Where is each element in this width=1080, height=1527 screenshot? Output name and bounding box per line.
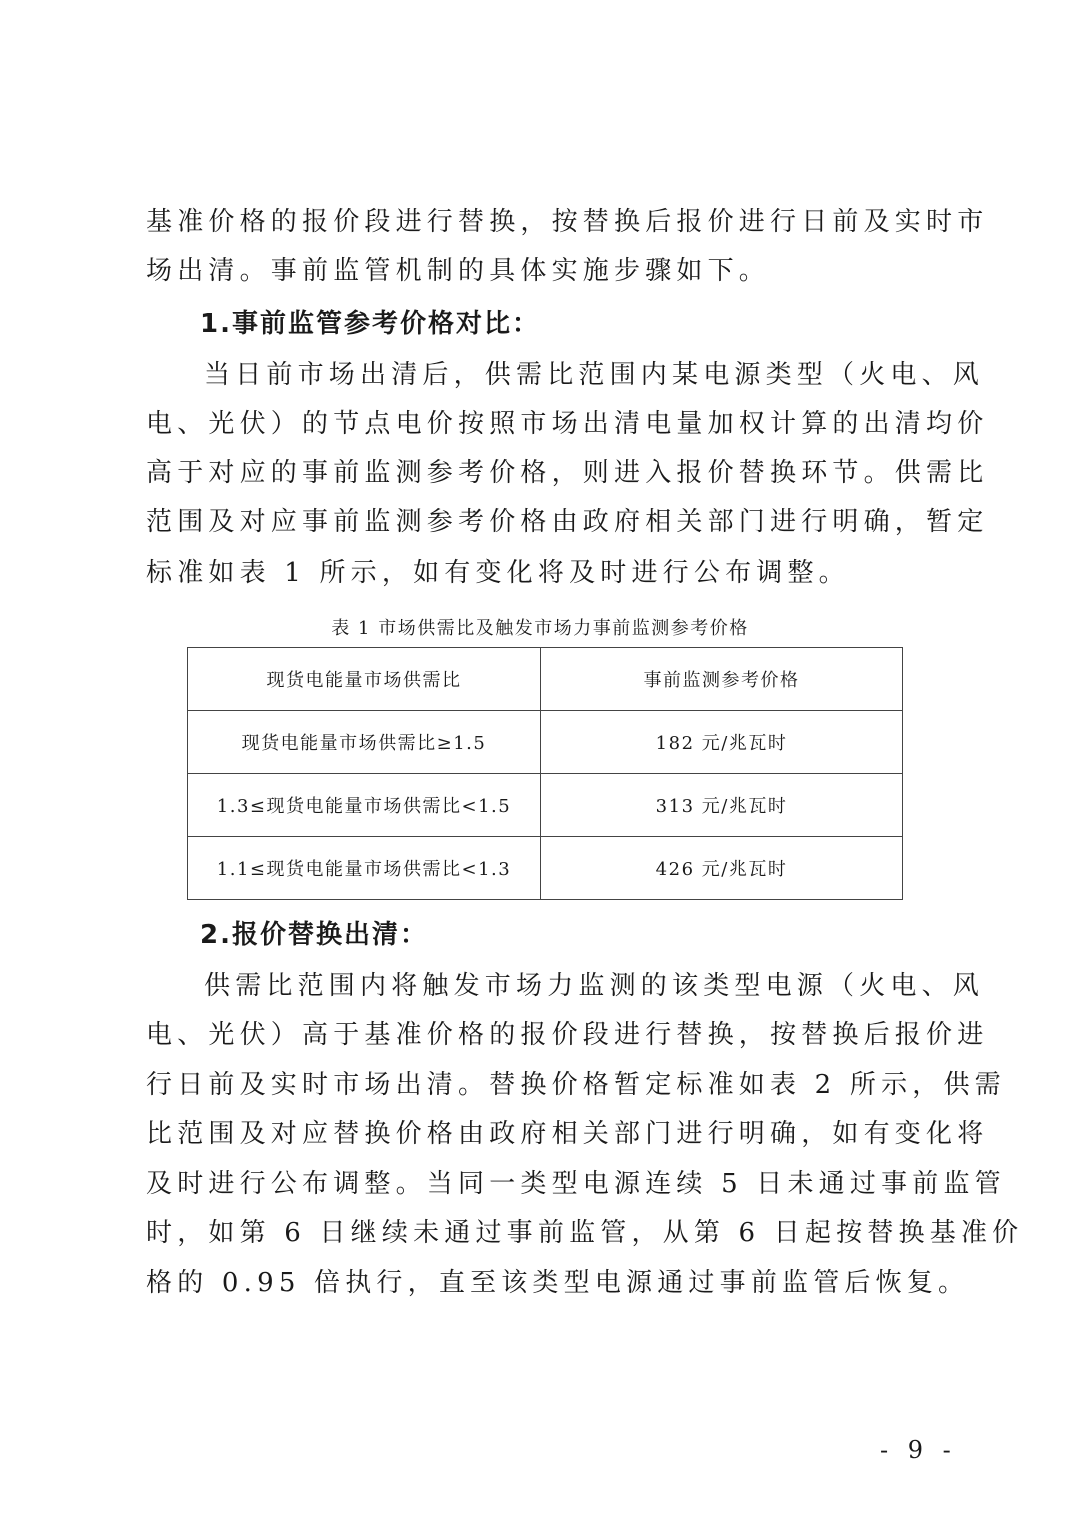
table-header-row: 现货电能量市场供需比 事前监测参考价格 <box>188 648 903 711</box>
section-heading-2: 2.报价替换出清： <box>200 918 428 952</box>
body-text-line: 电、光伏）高于基准价格的报价段进行替换，按替换后报价进 <box>146 1018 946 1052</box>
table-header-cell: 事前监测参考价格 <box>541 648 903 711</box>
table-header-cell: 现货电能量市场供需比 <box>188 648 541 711</box>
table-cell-price: 182 元/兆瓦时 <box>541 711 903 774</box>
table-cell-ratio: 1.1≤现货电能量市场供需比<1.3 <box>188 837 541 900</box>
document-page: 基准价格的报价段进行替换，按替换后报价进行日前及实时市 场出清。事前监管机制的具… <box>0 0 1080 1527</box>
body-text-line: 范围及对应事前监测参考价格由政府相关部门进行明确，暂定 <box>146 505 946 539</box>
page-number: - 9 - <box>880 1436 957 1464</box>
table-row: 1.3≤现货电能量市场供需比<1.5 313 元/兆瓦时 <box>188 774 903 837</box>
reference-price-table: 现货电能量市场供需比 事前监测参考价格 现货电能量市场供需比≥1.5 182 元… <box>187 647 903 900</box>
body-text-line: 高于对应的事前监测参考价格，则进入报价替换环节。供需比 <box>146 456 946 490</box>
body-text-line: 行日前及实时市场出清。替换价格暂定标准如表 2 所示，供需 <box>146 1068 946 1102</box>
table-cell-price: 313 元/兆瓦时 <box>541 774 903 837</box>
table-cell-ratio: 现货电能量市场供需比≥1.5 <box>188 711 541 774</box>
body-text-line: 及时进行公布调整。当同一类型电源连续 5 日未通过事前监管 <box>146 1167 946 1201</box>
body-text-line: 供需比范围内将触发市场力监测的该类型电源（火电、风 <box>204 969 946 1003</box>
body-text-line: 时，如第 6 日继续未通过事前监管，从第 6 日起按替换基准价 <box>146 1216 946 1250</box>
body-text-line: 当日前市场出清后，供需比范围内某电源类型（火电、风 <box>204 358 946 392</box>
table-cell-ratio: 1.3≤现货电能量市场供需比<1.5 <box>188 774 541 837</box>
body-text-line: 电、光伏）的节点电价按照市场出清电量加权计算的出清均价 <box>146 407 946 441</box>
table-caption: 表 1 市场供需比及触发市场力事前监测参考价格 <box>0 617 1080 641</box>
body-text-line: 标准如表 1 所示，如有变化将及时进行公布调整。 <box>146 556 946 590</box>
body-text-line: 场出清。事前监管机制的具体实施步骤如下。 <box>146 254 946 288</box>
section-heading-1: 1.事前监管参考价格对比： <box>200 307 540 341</box>
body-text-line: 基准价格的报价段进行替换，按替换后报价进行日前及实时市 <box>146 205 946 239</box>
table-row: 1.1≤现货电能量市场供需比<1.3 426 元/兆瓦时 <box>188 837 903 900</box>
body-text-line: 比范围及对应替换价格由政府相关部门进行明确，如有变化将 <box>146 1117 946 1151</box>
table-cell-price: 426 元/兆瓦时 <box>541 837 903 900</box>
body-text-line: 格的 0.95 倍执行，直至该类型电源通过事前监管后恢复。 <box>146 1266 946 1300</box>
table-row: 现货电能量市场供需比≥1.5 182 元/兆瓦时 <box>188 711 903 774</box>
